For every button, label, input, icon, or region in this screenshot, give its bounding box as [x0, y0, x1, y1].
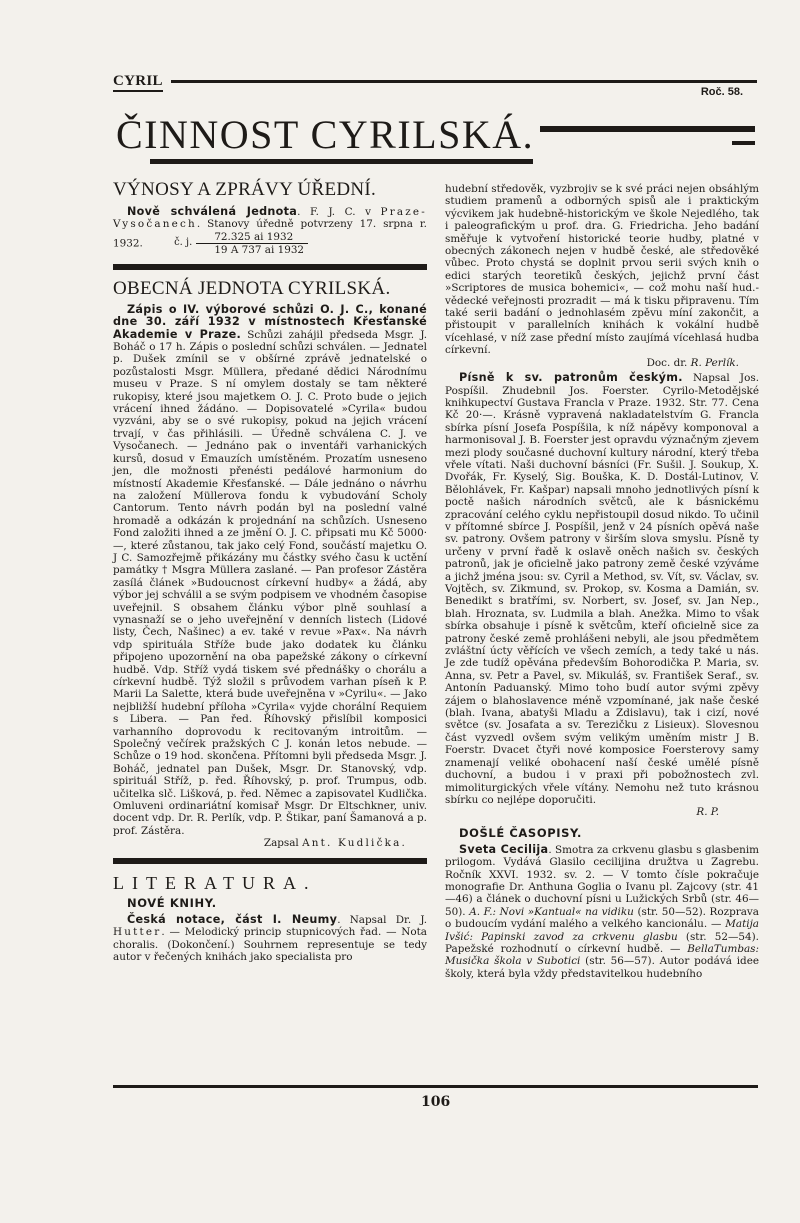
signature-label: Doc. dr.: [647, 357, 688, 369]
section-divider: [113, 858, 427, 864]
article-pisne: Písně k sv. patronům českým. Napsal Jos.…: [445, 372, 759, 806]
article-lead: Česká notace, část I. Neumy: [127, 913, 337, 926]
signature-label: Zapsal: [264, 837, 299, 849]
left-column: VÝNOSY A ZPRÁVY ÚŘEDNÍ. Nově schválená J…: [113, 178, 427, 963]
article-body: Schůzi zahájil předseda Msgr. J. Boháč o…: [113, 329, 427, 837]
section-divider: [113, 264, 427, 270]
reference-label: č. j.: [160, 237, 192, 249]
article-text: . Napsal Dr. J.: [337, 914, 427, 926]
section-heading-obecna: OBECNÁ JEDNOTA CYRILSKÁ.: [113, 277, 427, 301]
page-title: ČINNOST CYRILSKÁ.: [116, 112, 534, 158]
article-body: hudební středověk, vyzbrojiv se k své pr…: [445, 183, 759, 356]
title-rule: [540, 126, 755, 132]
journal-page: CYRIL Roč. 58. ČINNOST CYRILSKÁ. VÝNOSY …: [0, 0, 800, 1223]
volume-label: Roč. 58.: [701, 86, 743, 98]
signature: R. P.: [445, 806, 759, 818]
article-lead: Sveta Cecilija: [459, 843, 548, 856]
article-text: . F. J. C. v: [297, 206, 380, 218]
article-title: A. F.: Novi »Kantual« na vidiku: [469, 906, 634, 918]
title-rule-short: [732, 141, 755, 145]
author-name: Hutter: [113, 926, 161, 938]
reference-numerator: 72.325 ai 1932: [196, 231, 308, 244]
page-number: 106: [421, 1094, 450, 1110]
signature-name: R. Perlík.: [691, 357, 739, 369]
article-ceska-notace: Česká notace, část I. Neumy. Napsal Dr. …: [113, 914, 427, 964]
article-sveta-cecilija: Sveta Cecilija. Smotra za crkvenu glasbu…: [445, 844, 759, 980]
signature-name: Ant. Kudlička.: [302, 837, 407, 849]
running-header: CYRIL Roč. 58.: [113, 74, 757, 94]
reference-denominator: 19 A 737 ai 1932: [196, 244, 308, 256]
signature: Doc. dr. R. Perlík.: [445, 357, 759, 369]
article-body: Napsal Jos. Pospíšil. Zhudebnil Jos. Foe…: [445, 372, 759, 806]
signature: Zapsal Ant. Kudlička.: [113, 837, 427, 849]
subheading-nove-knihy: NOVÉ KNIHY.: [127, 895, 427, 911]
article-vynosy: Nově schválená Jednota. F. J. C. v Praze…: [113, 206, 427, 256]
section-heading-vynosy: VÝNOSY A ZPRÁVY ÚŘEDNÍ.: [113, 178, 427, 202]
subheading-dosle-casopisy: DOŠLÉ ČASOPISY.: [459, 825, 759, 841]
article-zapis: Zápis o IV. výborové schůzi O. J. C., ko…: [113, 304, 427, 837]
article-lead: Nově schválená Jednota: [127, 205, 297, 218]
section-heading-literatura: LITERATURA.: [113, 871, 427, 895]
footer-rule: [113, 1085, 758, 1088]
article-text: . — Melodický princip stupnicových řad. …: [113, 926, 427, 963]
right-column: hudební středověk, vyzbrojiv se k své pr…: [445, 183, 759, 980]
reference-number: č. j. 72.325 ai 1932 19 A 737 ai 1932: [160, 231, 308, 256]
article-ceska-notace-continued: hudební středověk, vyzbrojiv se k své pr…: [445, 183, 759, 357]
header-rule: [171, 80, 757, 83]
article-lead: Písně k sv. patronům českým.: [459, 371, 683, 384]
journal-name: CYRIL: [113, 74, 163, 92]
title-underline: [150, 159, 533, 164]
